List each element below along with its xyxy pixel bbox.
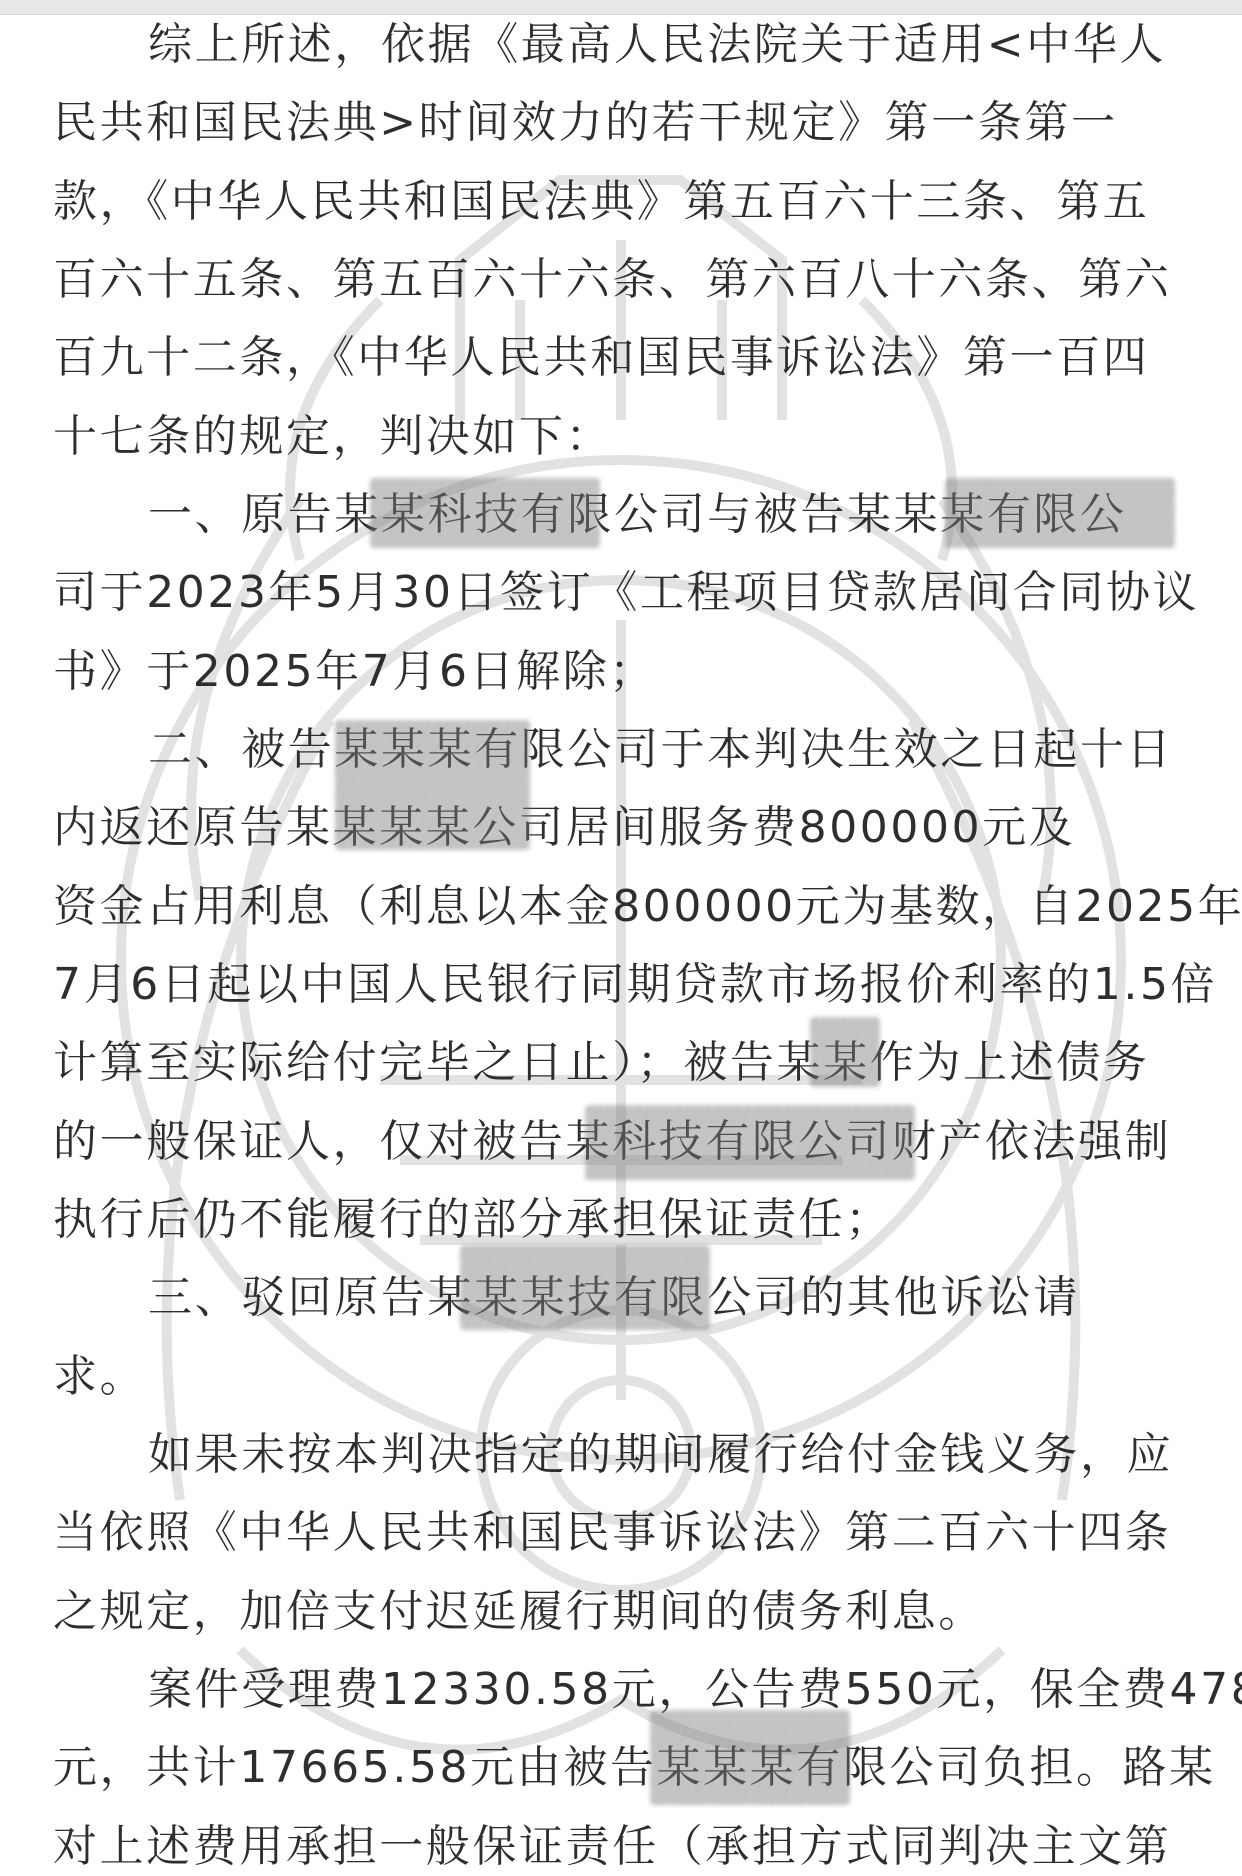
doc-line-1: 综上所述，依据《最高人民法院关于适用<中华人 (148, 15, 1166, 75)
doc-line-4: 百六十五条、第五百六十六条、第六百八十六条、第六 (53, 250, 1171, 310)
doc-line-19: 如果未按本判决指定的期间履行给付金钱义务，应 (148, 1425, 1173, 1485)
redaction-mark (460, 1245, 710, 1330)
redaction-mark (370, 478, 600, 548)
doc-line-16: 执行后仍不能履行的部分承担保证责任； (53, 1190, 892, 1250)
doc-line-2: 民共和国民法典>时间效力的若干规定》第一条第一 (53, 93, 1118, 153)
doc-line-9: 书》于2025年7月6日解除； (53, 642, 656, 702)
doc-line-18: 求。 (53, 1347, 146, 1407)
judgment-document: 综上所述，依据《最高人民法院关于适用<中华人 民共和国民法典>时间效力的若干规定… (0, 0, 1242, 1876)
doc-line-20: 当依照《中华人民共和国民事诉讼法》第二百六十四条 (53, 1503, 1171, 1563)
doc-line-12: 资金占用利息（利息以本金800000元为基数，自2025年 (53, 877, 1242, 937)
redaction-mark (335, 720, 530, 850)
doc-line-8: 司于2023年5月30日签订《工程项目贷款居间合同协议 (53, 563, 1199, 623)
doc-line-3: 款，《中华人民共和国民法典》第五百六十三条、第五 (53, 172, 1149, 232)
doc-line-21: 之规定，加倍支付迟延履行期间的债务利息。 (53, 1582, 985, 1642)
doc-line-10: 二、被告某某某有限公司于本判决生效之日起十日 (148, 720, 1173, 780)
doc-line-6: 十七条的规定，判决如下： (53, 407, 612, 467)
redaction-mark (650, 1710, 850, 1805)
doc-line-14: 计算至实际给付完毕之日止）；被告某某作为上述债务 (53, 1033, 1149, 1093)
redaction-mark (585, 1105, 915, 1180)
doc-line-13: 7月6日起以中国人民银行同期贷款市场报价利率的1.5倍 (53, 955, 1217, 1015)
redaction-mark (945, 478, 1175, 548)
doc-line-11: 内返还原告某某某某公司居间服务费800000元及 (53, 798, 1075, 858)
doc-line-24: 对上述费用承担一般保证责任（承担方式同判决主文第 (53, 1817, 1171, 1876)
doc-line-23: 元，共计17665.58元由被告某某某有限公司负担。路某 (53, 1738, 1216, 1798)
doc-line-5: 百九十二条，《中华人民共和国民事诉讼法》第一百四 (53, 328, 1149, 388)
redaction-mark (810, 1017, 880, 1087)
